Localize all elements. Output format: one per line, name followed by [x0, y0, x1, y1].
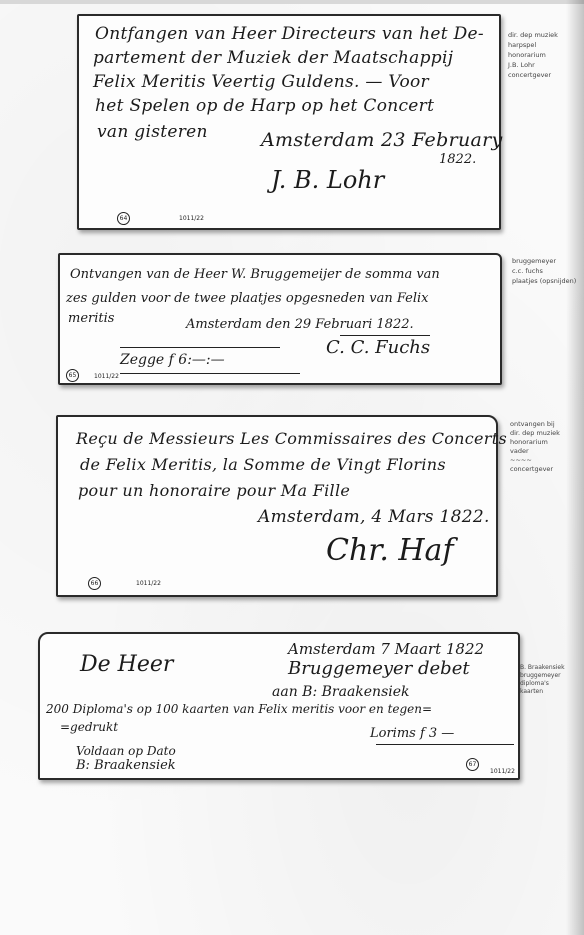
- receipt-haf: Reçu de Messieurs Les Commissaires des C…: [56, 415, 498, 597]
- signature: B: Braakensiek: [76, 758, 176, 773]
- margin-note: B. Braakensiek bruggemeyer diploma's kaa…: [520, 664, 565, 696]
- scanned-page: Ontfangen van Heer Directeurs van het De…: [0, 0, 584, 935]
- receipt-fuchs: Ontvangen van de Heer W. Bruggemeijer de…: [58, 253, 502, 385]
- invoice-line: =gedrukt: [60, 720, 118, 734]
- scan-top-edge: [0, 0, 584, 4]
- receipt-line: Ontvangen van de Heer W. Bruggemeijer de…: [70, 267, 440, 282]
- receipt-line: de Felix Meritis, la Somme de Vingt Flor…: [80, 455, 446, 474]
- underline: [340, 335, 430, 336]
- settled-note: Voldaan op Dato: [76, 744, 176, 758]
- archive-reference: 1011/22: [490, 768, 515, 775]
- invoice-line: 200 Diploma's op 100 kaarten van Felix m…: [46, 702, 432, 716]
- folio-number: 64: [117, 212, 130, 225]
- signature: Chr. Haf: [326, 533, 454, 568]
- margin-note: dir. dep muziek harpspel honorarium J.B.…: [508, 30, 558, 80]
- archive-reference: 1011/22: [179, 215, 204, 222]
- year: 1822.: [439, 152, 476, 167]
- place-date: Amsterdam 7 Maart 1822: [288, 640, 484, 658]
- signature: J. B. Lohr: [271, 166, 384, 194]
- place-date: Amsterdam den 29 Februari 1822.: [186, 317, 414, 332]
- folio-number: 66: [88, 577, 101, 590]
- receipt-line: Ontfangen van Heer Directeurs van het De…: [95, 24, 484, 44]
- margin-note: ontvangen bij dir. dep muziek honorarium…: [510, 420, 560, 474]
- place-date: Amsterdam 23 February: [261, 129, 503, 151]
- place-date: Amsterdam, 4 Mars 1822.: [258, 507, 490, 527]
- addressee: De Heer: [80, 652, 173, 677]
- receipt-line: pour un honoraire pour Ma Fille: [78, 481, 350, 500]
- receipt-line: zes gulden voor de twee plaatjes opgesne…: [66, 291, 428, 306]
- signature: C. C. Fuchs: [326, 337, 430, 358]
- binding-shadow: [566, 0, 584, 935]
- folio-number: 65: [66, 369, 79, 382]
- receipt-line: Reçu de Messieurs Les Commissaires des C…: [76, 429, 507, 448]
- debtor: Bruggemeyer debet: [288, 658, 470, 679]
- creditor: aan B: Braakensiek: [272, 684, 410, 700]
- receipt-line: partement der Muziek der Maatschappij: [93, 48, 453, 68]
- amount-rule-bottom: [120, 373, 300, 374]
- receipt-lohr: Ontfangen van Heer Directeurs van het De…: [77, 14, 501, 230]
- receipt-line: het Spelen op de Harp op het Concert: [95, 96, 434, 116]
- folio-number: 67: [466, 758, 479, 771]
- receipt-line: meritis: [68, 311, 114, 326]
- margin-note: bruggemeyer c.c. fuchs plaatjes (opsnijd…: [512, 256, 576, 286]
- amount-rule-top: [120, 347, 280, 348]
- receipt-line: van gisteren: [97, 122, 208, 142]
- invoice-braakensiek: Amsterdam 7 Maart 1822 De Heer Bruggemey…: [38, 632, 520, 780]
- archive-reference: 1011/22: [136, 580, 161, 587]
- total-rule: [376, 744, 514, 745]
- total: Lorims f 3 —: [370, 726, 454, 741]
- archive-reference: 1011/22: [94, 373, 119, 380]
- receipt-line: Felix Meritis Veertig Guldens. — Voor: [93, 72, 429, 92]
- amount: Zegge f 6:—:—: [120, 352, 225, 368]
